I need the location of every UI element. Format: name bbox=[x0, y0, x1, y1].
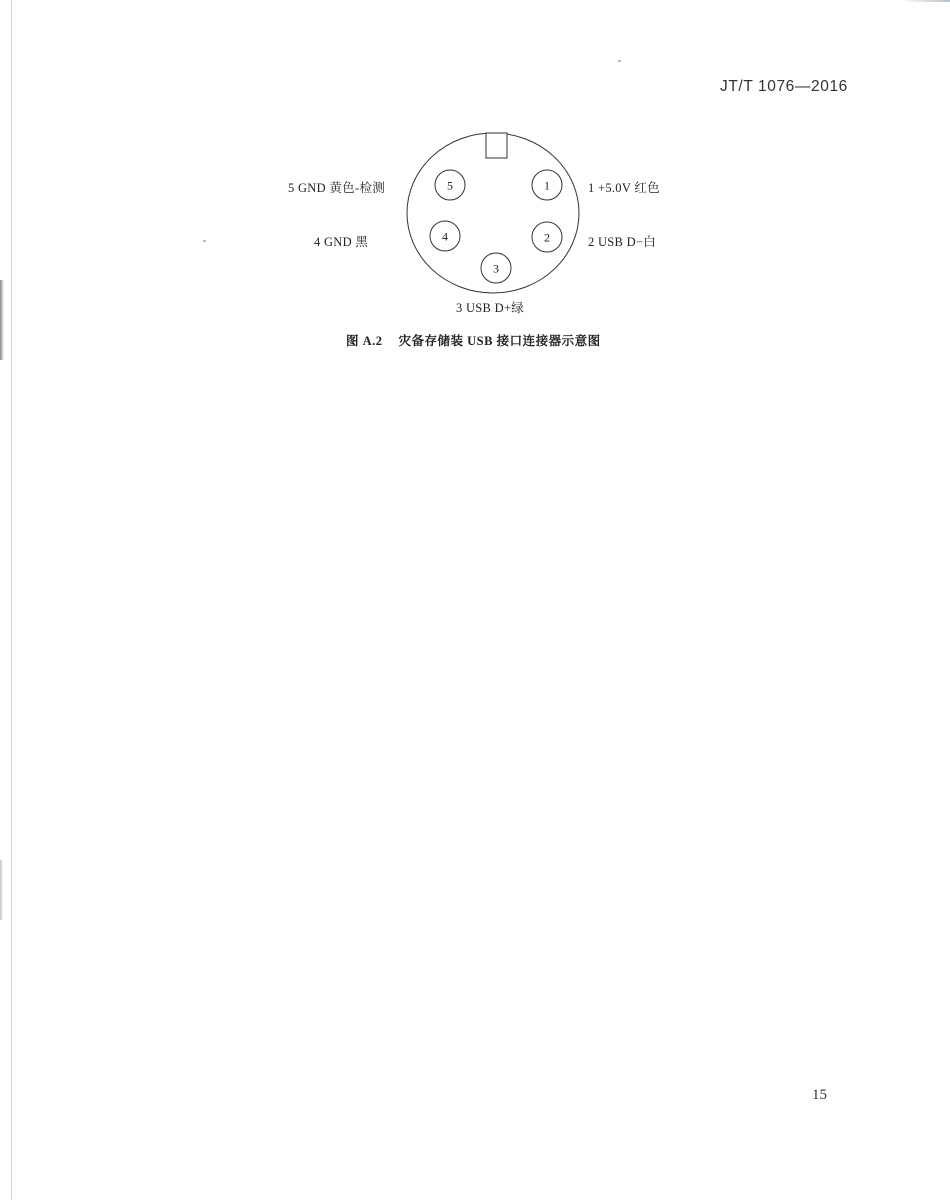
figure-number: 图 A.2 bbox=[346, 334, 383, 348]
pin-5-label: 5 GND 黄色-检测 bbox=[288, 178, 385, 196]
figure-caption: 图 A.2灾备存储装 USB 接口连接器示意图 bbox=[346, 331, 601, 349]
connector-notch bbox=[486, 133, 507, 158]
pin-3-number: 3 bbox=[493, 262, 499, 276]
pin-2-label: 2 USB D−白 bbox=[588, 232, 656, 250]
pin-3-label: 3 USB D+绿 bbox=[456, 298, 524, 316]
page-number: 15 bbox=[812, 1087, 827, 1104]
scan-shadow bbox=[0, 860, 3, 920]
pin-4-number: 4 bbox=[442, 230, 448, 244]
pin-2-number: 2 bbox=[544, 231, 550, 245]
pin-5-number: 5 bbox=[447, 179, 453, 193]
pin-4-label: 4 GND 黑 bbox=[314, 232, 368, 250]
pin-1-label: 1 +5.0V 红色 bbox=[588, 178, 660, 196]
pin-1-number: 1 bbox=[544, 179, 550, 193]
figure-title: 灾备存储装 USB 接口连接器示意图 bbox=[399, 334, 601, 348]
